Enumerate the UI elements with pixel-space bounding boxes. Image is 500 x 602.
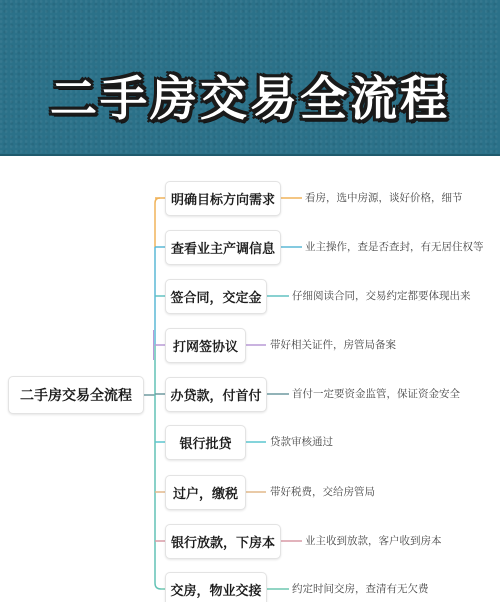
root-node[interactable]: 二手房交易全流程 — [8, 376, 144, 414]
step-note-3: 仔细阅读合同，交易约定都要体现出来 — [292, 289, 471, 303]
root-node-label: 二手房交易全流程 — [20, 385, 132, 405]
step-node-6[interactable]: 银行批贷 — [165, 425, 246, 460]
step-node-9[interactable]: 交房，物业交接 — [165, 572, 267, 602]
step-node-1[interactable]: 明确目标方向需求 — [165, 181, 281, 216]
step-note-4: 带好相关证件，房管局备案 — [270, 338, 396, 352]
step-note-1: 看房，选中房源，谈好价格，细节 — [305, 191, 463, 205]
step-label: 明确目标方向需求 — [171, 189, 275, 208]
step-note-6: 贷款审核通过 — [270, 435, 333, 449]
step-label: 打网签协议 — [173, 336, 238, 355]
step-node-8[interactable]: 银行放款，下房本 — [165, 524, 281, 559]
step-note-2: 业主操作，查是否查封，有无居住权等 — [305, 240, 484, 254]
step-node-7[interactable]: 过户，缴税 — [165, 475, 246, 510]
step-note-7: 带好税费，交给房管局 — [270, 485, 375, 499]
step-label: 签合同，交定金 — [170, 287, 261, 306]
step-label: 交房，物业交接 — [170, 580, 261, 599]
step-label: 过户，缴税 — [173, 483, 238, 502]
step-node-4[interactable]: 打网签协议 — [165, 328, 246, 363]
step-node-2[interactable]: 查看业主产调信息 — [165, 230, 281, 265]
step-label: 办贷款，付首付 — [170, 385, 261, 404]
step-note-5: 首付一定要资金监管，保证资金安全 — [292, 387, 460, 401]
step-node-5[interactable]: 办贷款，付首付 — [165, 377, 267, 412]
step-label: 查看业主产调信息 — [171, 238, 275, 257]
step-note-8: 业主收到放款，客户收到房本 — [305, 534, 442, 548]
step-label: 银行批贷 — [179, 433, 231, 452]
step-note-9: 约定时间交房，查清有无欠费 — [292, 582, 429, 596]
step-label: 银行放款，下房本 — [171, 532, 275, 551]
step-node-3[interactable]: 签合同，交定金 — [165, 279, 267, 314]
